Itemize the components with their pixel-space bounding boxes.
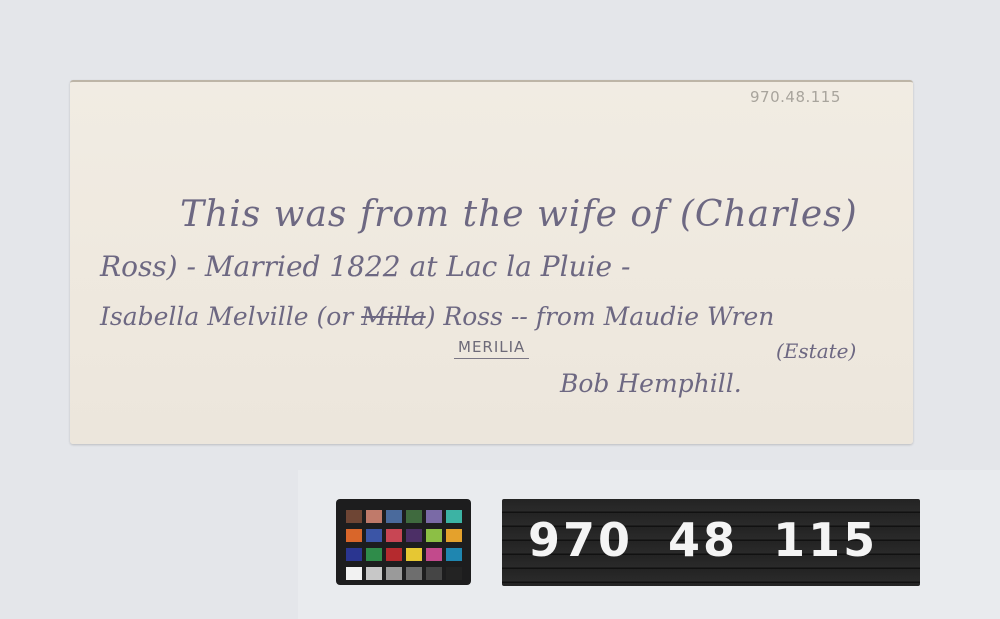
color-patch [446,567,462,580]
accession-label-text: 970 48 115 [528,513,878,567]
color-patch [406,567,422,580]
name-correction: MERILIA [454,338,529,359]
accession-label-board: 970 48 115 [502,499,920,586]
color-patch [346,567,362,580]
pencil-accession-number: 970.48.115 [750,88,841,106]
color-patch [366,548,382,561]
line3-suffix: ) Ross -- from Maudie Wren [426,302,775,331]
signature: Bob Hemphill. [560,369,742,398]
handwriting-line-1: This was from the wife of (Charles) [180,194,858,235]
color-patch [386,529,402,542]
handwriting-line-3: Isabella Melville (or Milla) Ross -- fro… [100,302,774,331]
color-patch [346,548,362,561]
color-patch [426,510,442,523]
color-patch [346,529,362,542]
color-patch [366,510,382,523]
line3-prefix: Isabella Melville (or [100,302,361,331]
color-patch [446,510,462,523]
color-patch [386,567,402,580]
color-patch [406,529,422,542]
color-patch [446,529,462,542]
handwriting-line-2: Ross) - Married 1822 at Lac la Pluie - [100,250,630,283]
color-patch [366,529,382,542]
color-patch [406,510,422,523]
struck-name: Milla [361,302,426,331]
color-patch [426,548,442,561]
color-patch [446,548,462,561]
color-patch [426,529,442,542]
color-patch [386,548,402,561]
handwriting-estate: (Estate) [776,339,856,363]
color-patch [366,567,382,580]
color-patch [346,510,362,523]
color-patch [406,548,422,561]
envelope-document: 970.48.115 This was from the wife of (Ch… [70,80,913,444]
color-patch [386,510,402,523]
color-patch [426,567,442,580]
color-checker-card [336,499,471,585]
